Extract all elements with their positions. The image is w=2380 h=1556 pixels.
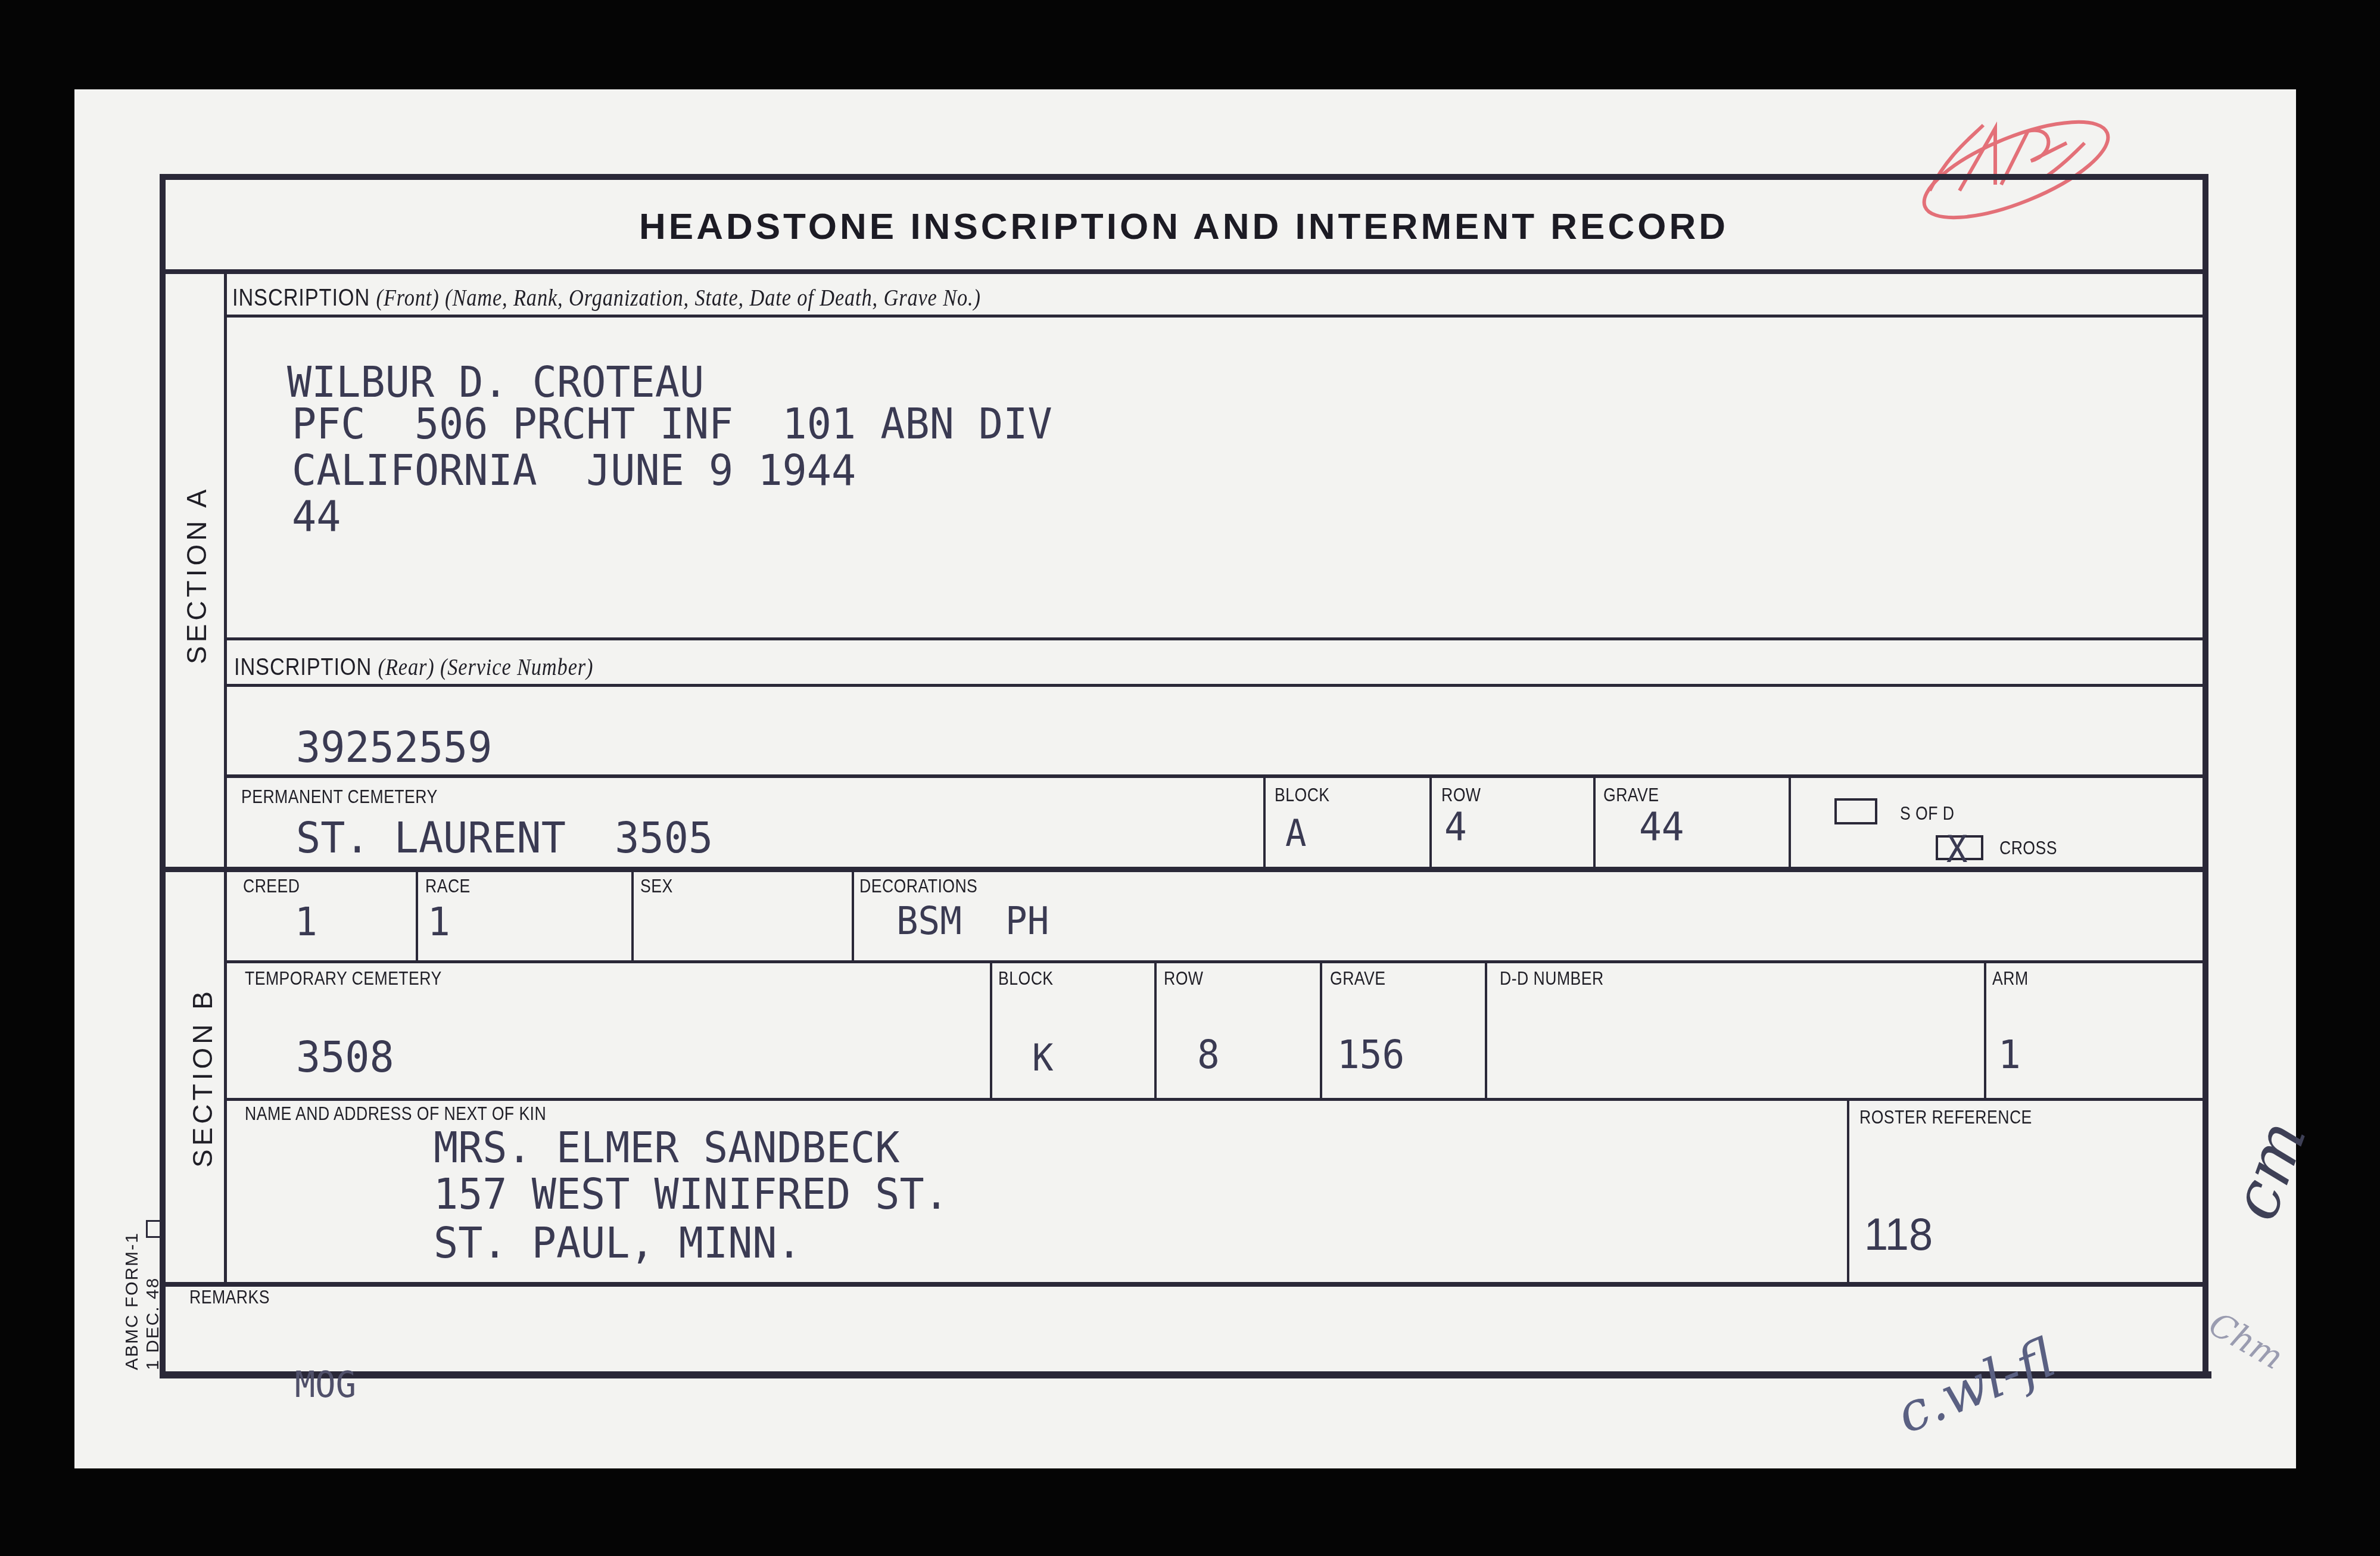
form-id-checkbox [146,1220,161,1238]
inscription-line: 44 [292,494,341,537]
decorations-value: BSM PH [896,903,1049,941]
inscription-rear-divider [225,774,2204,778]
cell-divider [1263,776,1266,870]
next-of-kin-line: MRS. ELMER SANDBECK [434,1126,899,1169]
cell-divider [1485,961,1487,1100]
form-border-bottom [160,1371,2211,1378]
next-of-kin-line: 157 WEST WINIFRED ST. [434,1172,949,1215]
temp-block-label: BLOCK [998,968,1054,989]
cell-divider [1984,961,1986,1100]
row-divider [225,960,2204,963]
perm-grave-label: GRAVE [1603,785,1659,806]
inscription-line: PFC 506 PRCHT INF 101 ABN DIV [292,402,1052,445]
roster-reference-value: 118 [1864,1212,1933,1258]
temp-grave-label: GRAVE [1330,968,1386,989]
inscription-line: CALIFORNIA JUNE 9 1944 [292,449,856,491]
sex-label: SEX [640,876,673,897]
arm-value: 1 [1998,1035,2021,1075]
form-id-line2: 1 DEC. 48 [143,1277,163,1370]
perm-grave-value: 44 [1639,807,1684,847]
inscription-front-label: INSCRIPTION (Front) (Name, Rank, Organiz… [232,284,981,312]
title-divider [160,269,2208,274]
section-divider [160,867,2208,872]
cell-divider [1593,776,1596,870]
cell-divider [1320,961,1322,1100]
form-border-top [160,174,2208,180]
roster-reference-label: ROSTER REFERENCE [1859,1107,2032,1128]
cell-divider [416,871,418,962]
perm-block-value: A [1285,815,1306,852]
temp-block-value: K [1032,1040,1053,1076]
inscription-line: WILBUR D. CROTEAU [287,360,704,403]
race-label: RACE [425,876,471,897]
inscription-rear-label: INSCRIPTION (Rear) (Service Number) [234,653,593,681]
next-of-kin-label: NAME AND ADDRESS OF NEXT OF KIN [245,1103,546,1125]
section-divider [160,1282,2208,1287]
dd-number-label: D-D NUMBER [1500,968,1604,989]
temp-grave-value: 156 [1337,1035,1404,1075]
below-remarks-annotation: MOG [295,1367,356,1403]
row-divider [225,1098,2204,1101]
cell-divider [1154,961,1157,1100]
cell-divider [852,871,854,962]
cell-divider [1847,1099,1849,1284]
section-b-label: SECTION B [186,988,219,1168]
decorations-label: DECORATIONS [859,876,977,897]
temp-row-value: 8 [1197,1035,1220,1075]
temp-row-label: ROW [1164,968,1203,989]
next-of-kin-line: ST. PAUL, MINN. [434,1221,802,1264]
arm-label: ARM [1992,968,2029,989]
perm-row-value: 4 [1444,807,1467,847]
perm-block-label: BLOCK [1275,785,1330,806]
inscription-front-label-divider [225,315,2204,318]
s-of-d-checkbox[interactable] [1834,798,1877,824]
cell-divider [990,961,992,1100]
permanent-cemetery-label: PERMANENT CEMETERY [241,786,438,808]
form-id-line1: ABMC FORM-1 [122,1232,142,1370]
inscription-front-divider [225,637,2204,640]
s-of-d-label: S OF D [1900,803,1954,824]
race-value: 1 [428,903,450,942]
perm-row-label: ROW [1441,785,1481,806]
service-number-value: 39252559 [296,726,492,768]
form-border-left [160,174,166,1378]
creed-value: 1 [295,903,317,942]
permanent-cemetery-value: ST. LAURENT 3505 [296,816,713,859]
cell-divider [1789,776,1791,870]
creed-label: CREED [243,876,300,897]
cross-check-mark: X [1946,831,1967,868]
remarks-label: REMARKS [189,1287,270,1308]
cell-divider [1429,776,1432,870]
inscription-rear-label-divider [225,684,2204,687]
section-a-label: SECTION A [180,486,213,664]
form-title: HEADSTONE INSCRIPTION AND INTERMENT RECO… [161,206,2207,248]
cross-label: CROSS [1999,838,2057,859]
cell-divider [631,871,634,962]
temporary-cemetery-label: TEMPORARY CEMETERY [245,968,442,989]
temporary-cemetery-value: 3508 [296,1035,394,1078]
